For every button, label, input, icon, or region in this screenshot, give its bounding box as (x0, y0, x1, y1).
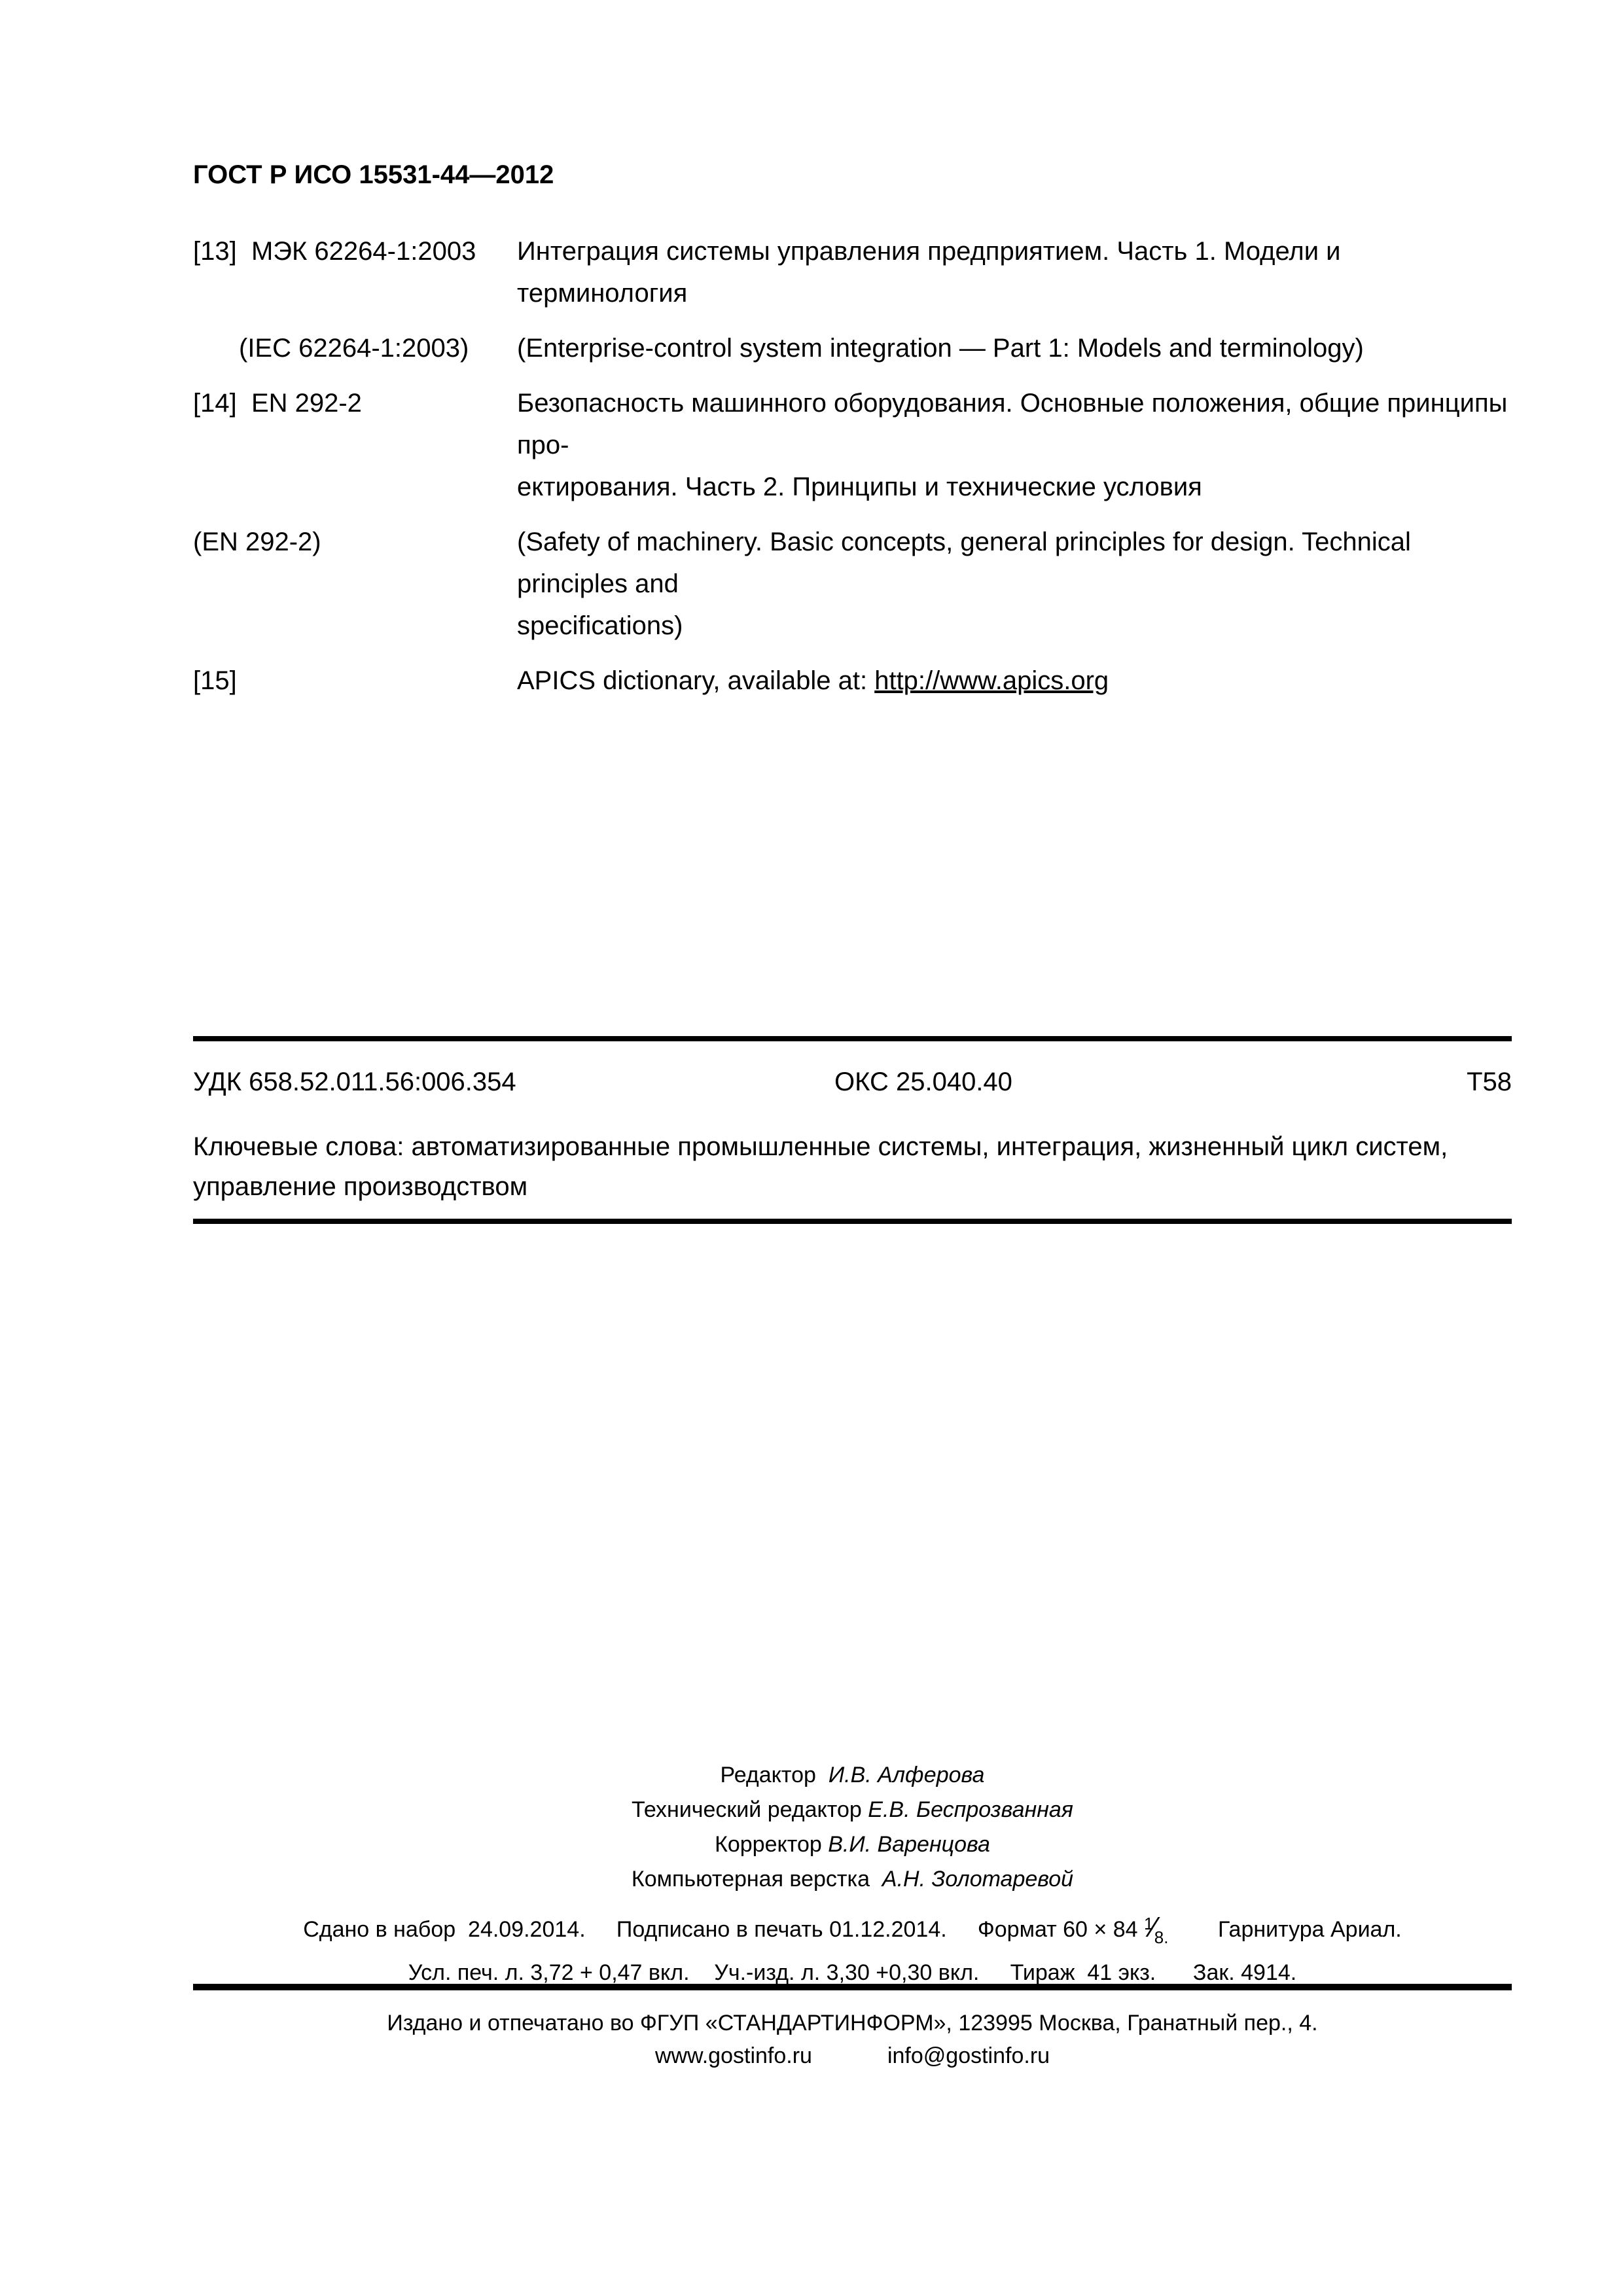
credit-line-technical-editor: Технический редактор Е.В. Беспрозванная (193, 1793, 1512, 1827)
entry-label: (EN 292-2) (193, 521, 517, 563)
entry-description: Безопасность машинного оборудования. Осн… (517, 382, 1515, 508)
divider-rule-bottom (193, 1984, 1512, 1990)
udk-code: УДК 658.52.011.56:006.354 (193, 1067, 516, 1097)
publisher-contacts-line: www.gostinfo.ruinfo@gostinfo.ru (193, 2039, 1512, 2072)
credit-role: Компьютерная верстка (632, 1867, 882, 1892)
entry-description-text: APICS dictionary, available at: (517, 666, 874, 695)
entry-description: (Enterprise-control system integration —… (517, 327, 1515, 369)
keywords-line: Ключевые слова: автоматизированные промы… (193, 1127, 1522, 1167)
entry-description-line: Безопасность машинного оборудования. Осн… (517, 382, 1515, 466)
entry-description-line: Интеграция системы управления предприяти… (517, 230, 1515, 314)
entry-label: [14] EN 292-2 (193, 382, 517, 424)
entry-description-line: APICS dictionary, available at: http://w… (517, 660, 1515, 702)
format-fraction: 1⁄8. (1144, 1917, 1169, 1942)
divider-rule-top (193, 1036, 1512, 1041)
bibliography-entry: [13] МЭК 62264-1:2003 Интеграция системы… (193, 230, 1515, 314)
credit-name: И.В. Алферова (829, 1763, 985, 1787)
credit-role: Технический редактор (632, 1797, 868, 1822)
oks-code: ОКС 25.040.40 (834, 1067, 1012, 1097)
entry-label: [15] (193, 660, 517, 702)
entry-description-line: ектирования. Часть 2. Принципы и техниче… (517, 466, 1515, 508)
bibliography-entry: (IEC 62264-1:2003) (Enterprise-control s… (193, 327, 1515, 369)
credit-role: Корректор (715, 1832, 828, 1857)
imprint-text: Гарнитура Ариал. (1168, 1917, 1401, 1942)
credit-line-layout: Компьютерная верстка А.Н. Золотаревой (193, 1862, 1512, 1897)
bibliography-entry: [15] APICS dictionary, available at: htt… (193, 660, 1515, 702)
footer-website: www.gostinfo.ru (655, 2043, 812, 2068)
entry-description-line: (Enterprise-control system integration —… (517, 327, 1515, 369)
entry-description: (Safety of machinery. Basic concepts, ge… (517, 521, 1515, 647)
bibliography-entry: (EN 292-2) (Safety of machinery. Basic c… (193, 521, 1515, 647)
credit-line-editor: Редактор И.В. Алферова (193, 1758, 1512, 1793)
imprint-line-1: Сдано в набор 24.09.2014. Подписано в пе… (193, 1906, 1512, 1955)
imprint-block: Сдано в набор 24.09.2014. Подписано в пе… (193, 1906, 1512, 1990)
fraction-denominator: 8. (1154, 1928, 1169, 1947)
publisher-address-line: Издано и отпечатано во ФГУП «СТАНДАРТИНФ… (193, 2007, 1512, 2039)
bibliography-section: [13] МЭК 62264-1:2003 Интеграция системы… (193, 230, 1515, 702)
credit-name: А.Н. Золотаревой (882, 1867, 1073, 1892)
bibliography-entry: [14] EN 292-2 Безопасность машинного обо… (193, 382, 1515, 508)
divider-rule-middle (193, 1219, 1512, 1224)
entry-description: APICS dictionary, available at: http://w… (517, 660, 1515, 702)
entry-description-line: (Safety of machinery. Basic concepts, ge… (517, 521, 1515, 605)
apics-link[interactable]: http://www.apics.org (874, 666, 1109, 695)
entry-label: (IEC 62264-1:2003) (193, 327, 517, 369)
credit-role: Редактор (721, 1763, 829, 1787)
imprint-text: Сдано в набор 24.09.2014. Подписано в пе… (303, 1917, 1144, 1942)
page-title: ГОСТ Р ИСО 15531-44—2012 (193, 159, 554, 190)
publisher-footer: Издано и отпечатано во ФГУП «СТАНДАРТИНФ… (193, 2007, 1512, 2072)
entry-description-line: specifications) (517, 605, 1515, 647)
credit-name: Е.В. Беспрозванная (868, 1797, 1073, 1822)
entry-description: Интеграция системы управления предприяти… (517, 230, 1515, 314)
t-classification-code: Т58 (1467, 1067, 1512, 1097)
document-page: ГОСТ Р ИСО 15531-44—2012 [13] МЭК 62264-… (0, 0, 1623, 2296)
keywords-line: управление производством (193, 1167, 1522, 1207)
credit-line-corrector: Корректор В.И. Варенцова (193, 1827, 1512, 1862)
footer-email: info@gostinfo.ru (887, 2043, 1050, 2068)
classification-row: УДК 658.52.011.56:006.354 ОКС 25.040.40 … (193, 1067, 1512, 1097)
credit-name: В.И. Варенцова (828, 1832, 990, 1857)
credits-block: Редактор И.В. Алферова Технический редак… (193, 1758, 1512, 1897)
keywords-paragraph: Ключевые слова: автоматизированные промы… (193, 1127, 1522, 1207)
entry-label: [13] МЭК 62264-1:2003 (193, 230, 517, 272)
